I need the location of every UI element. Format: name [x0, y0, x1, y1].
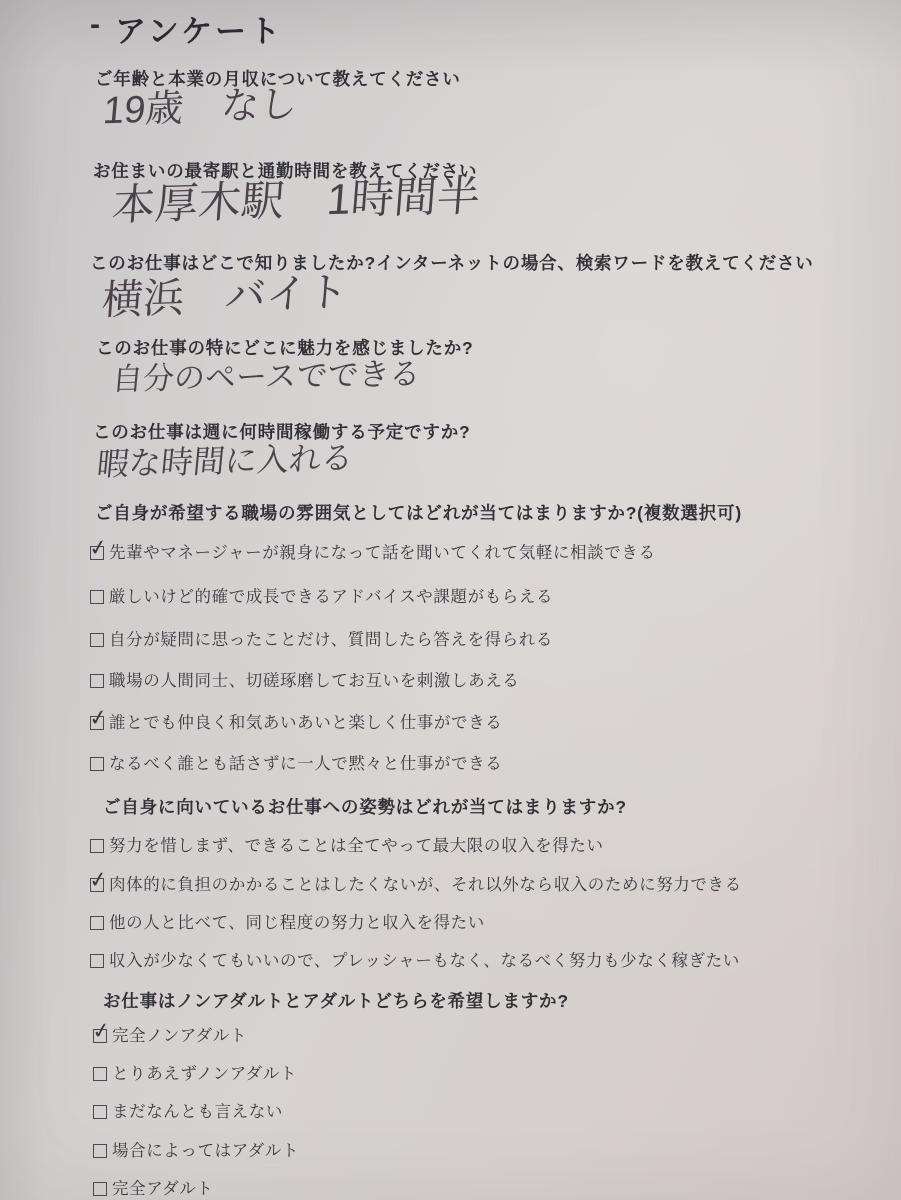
checkmark-icon: ✓	[91, 1019, 112, 1043]
checkbox-icon: ✓	[90, 633, 104, 647]
checkbox-option: ✓ 自分が疑問に思ったことだけ、質問したら答えを得られる	[90, 630, 553, 651]
title-dash: -	[90, 8, 100, 42]
checkbox-icon: ✓	[93, 1067, 107, 1081]
checkbox-option: ✓ 肉体的に負担のかかることはしたくないが、それ以外なら収入のために努力できる	[90, 875, 742, 896]
checkbox-option: ✓ 職場の人間同士、切磋琢磨してお互いを刺激しあえる	[90, 671, 519, 692]
checkbox-icon: ✓	[90, 590, 104, 604]
checkbox-option: ✓ なるべく誰とも話さずに一人で黙々と仕事ができる	[90, 754, 502, 775]
checkbox-option: ✓ 収入が少なくてもいいので、プレッシャーもなく、なるべく努力も少なく稼ぎたい	[90, 951, 740, 972]
checkbox-option-label: 完全ノンアダルト	[112, 1026, 247, 1047]
checkmark-icon: ✓	[88, 706, 109, 730]
checkbox-option-label: 先輩やマネージャーが親身になって話を聞いてくれて気軽に相談できる	[109, 543, 656, 564]
checkbox-icon: ✓	[93, 1029, 107, 1043]
checkbox-option-label: 努力を惜しまず、できることは全てやって最大限の収入を得たい	[109, 836, 604, 857]
checkbox-option: ✓ 先輩やマネージャーが親身になって話を聞いてくれて気軽に相談できる	[90, 543, 656, 564]
section-label: お仕事はノンアダルトとアダルトどちらを希望しますか?	[103, 988, 569, 1013]
question-label: このお仕事は週に何時間稼働する予定ですか?	[93, 419, 471, 444]
checkbox-option-label: 厳しいけど的確で成長できるアドバイスや課題がもらえる	[109, 587, 553, 608]
checkbox-option-label: まだなんとも言えない	[112, 1102, 283, 1123]
checkbox-option-label: 完全アダルト	[112, 1179, 213, 1200]
handwritten-answer: 19歳 なし	[101, 85, 299, 134]
checkbox-option-label: なるべく誰とも話さずに一人で黙々と仕事ができる	[109, 754, 502, 775]
checkbox-option-label: 職場の人間同士、切磋琢磨してお互いを刺激しあえる	[109, 671, 519, 692]
checkmark-icon: ✓	[88, 536, 109, 560]
checkbox-icon: ✓	[93, 1105, 107, 1119]
checkbox-icon: ✓	[90, 757, 104, 771]
survey-title: アンケート	[115, 6, 283, 51]
checkbox-option-label: とりあえずノンアダルト	[112, 1064, 297, 1085]
checkbox-option: ✓ 場合によってはアダルト	[93, 1141, 299, 1162]
checkbox-option: ✓ 誰とでも仲良く和気あいあいと楽しく仕事ができる	[90, 713, 502, 734]
checkbox-icon: ✓	[90, 878, 104, 892]
handwritten-answer: 本厚木駅 1時間半	[110, 173, 482, 230]
handwritten-answer: 暇な時間に入れる	[95, 441, 354, 483]
checkbox-option-label: 誰とでも仲良く和気あいあいと楽しく仕事ができる	[109, 713, 502, 734]
survey-photo: - アンケート ご年齢と本業の月収について教えてください 19歳 なし お住まい…	[0, 0, 901, 1200]
checkbox-option: ✓ 完全アダルト	[93, 1179, 213, 1200]
checkbox-option-label: 自分が疑問に思ったことだけ、質問したら答えを得られる	[109, 630, 553, 651]
section-label: ご自身に向いているお仕事への姿勢はどれが当てはまりますか?	[103, 794, 627, 819]
checkbox-option: ✓ とりあえずノンアダルト	[93, 1064, 297, 1085]
checkbox-option-label: 他の人と比べて、同じ程度の努力と収入を得たい	[109, 913, 485, 934]
survey-title-row: - アンケート	[90, 6, 283, 51]
checkbox-icon: ✓	[90, 916, 104, 930]
checkbox-option-label: 場合によってはアダルト	[112, 1141, 299, 1162]
checkbox-option: ✓ 努力を惜しまず、できることは全てやって最大限の収入を得たい	[90, 836, 604, 857]
checkmark-icon: ✓	[88, 868, 109, 892]
checkbox-option-label: 肉体的に負担のかかることはしたくないが、それ以外なら収入のために努力できる	[109, 875, 742, 896]
checkbox-icon: ✓	[90, 546, 104, 560]
checkbox-icon: ✓	[90, 716, 104, 730]
checkbox-option: ✓ 厳しいけど的確で成長できるアドバイスや課題がもらえる	[90, 587, 553, 608]
handwritten-answer: 自分のペースでできる	[111, 357, 422, 397]
checkbox-option: ✓ 他の人と比べて、同じ程度の努力と収入を得たい	[90, 913, 485, 934]
section-label: ご自身が希望する職場の雰囲気としてはどれが当てはまりますか?(複数選択可)	[95, 500, 742, 525]
checkbox-icon: ✓	[90, 674, 104, 688]
handwritten-answer: 横浜 バイト	[100, 270, 349, 324]
checkbox-icon: ✓	[90, 954, 104, 968]
checkbox-icon: ✓	[90, 839, 104, 853]
question-label: このお仕事はどこで知りましたか?インターネットの場合、検索ワードを教えてください	[90, 250, 814, 275]
checkbox-option-label: 収入が少なくてもいいので、プレッシャーもなく、なるべく努力も少なく稼ぎたい	[109, 951, 740, 972]
checkbox-icon: ✓	[93, 1144, 107, 1158]
checkbox-option: ✓ 完全ノンアダルト	[93, 1026, 247, 1047]
checkbox-option: ✓ まだなんとも言えない	[93, 1102, 283, 1123]
checkbox-icon: ✓	[93, 1182, 107, 1196]
